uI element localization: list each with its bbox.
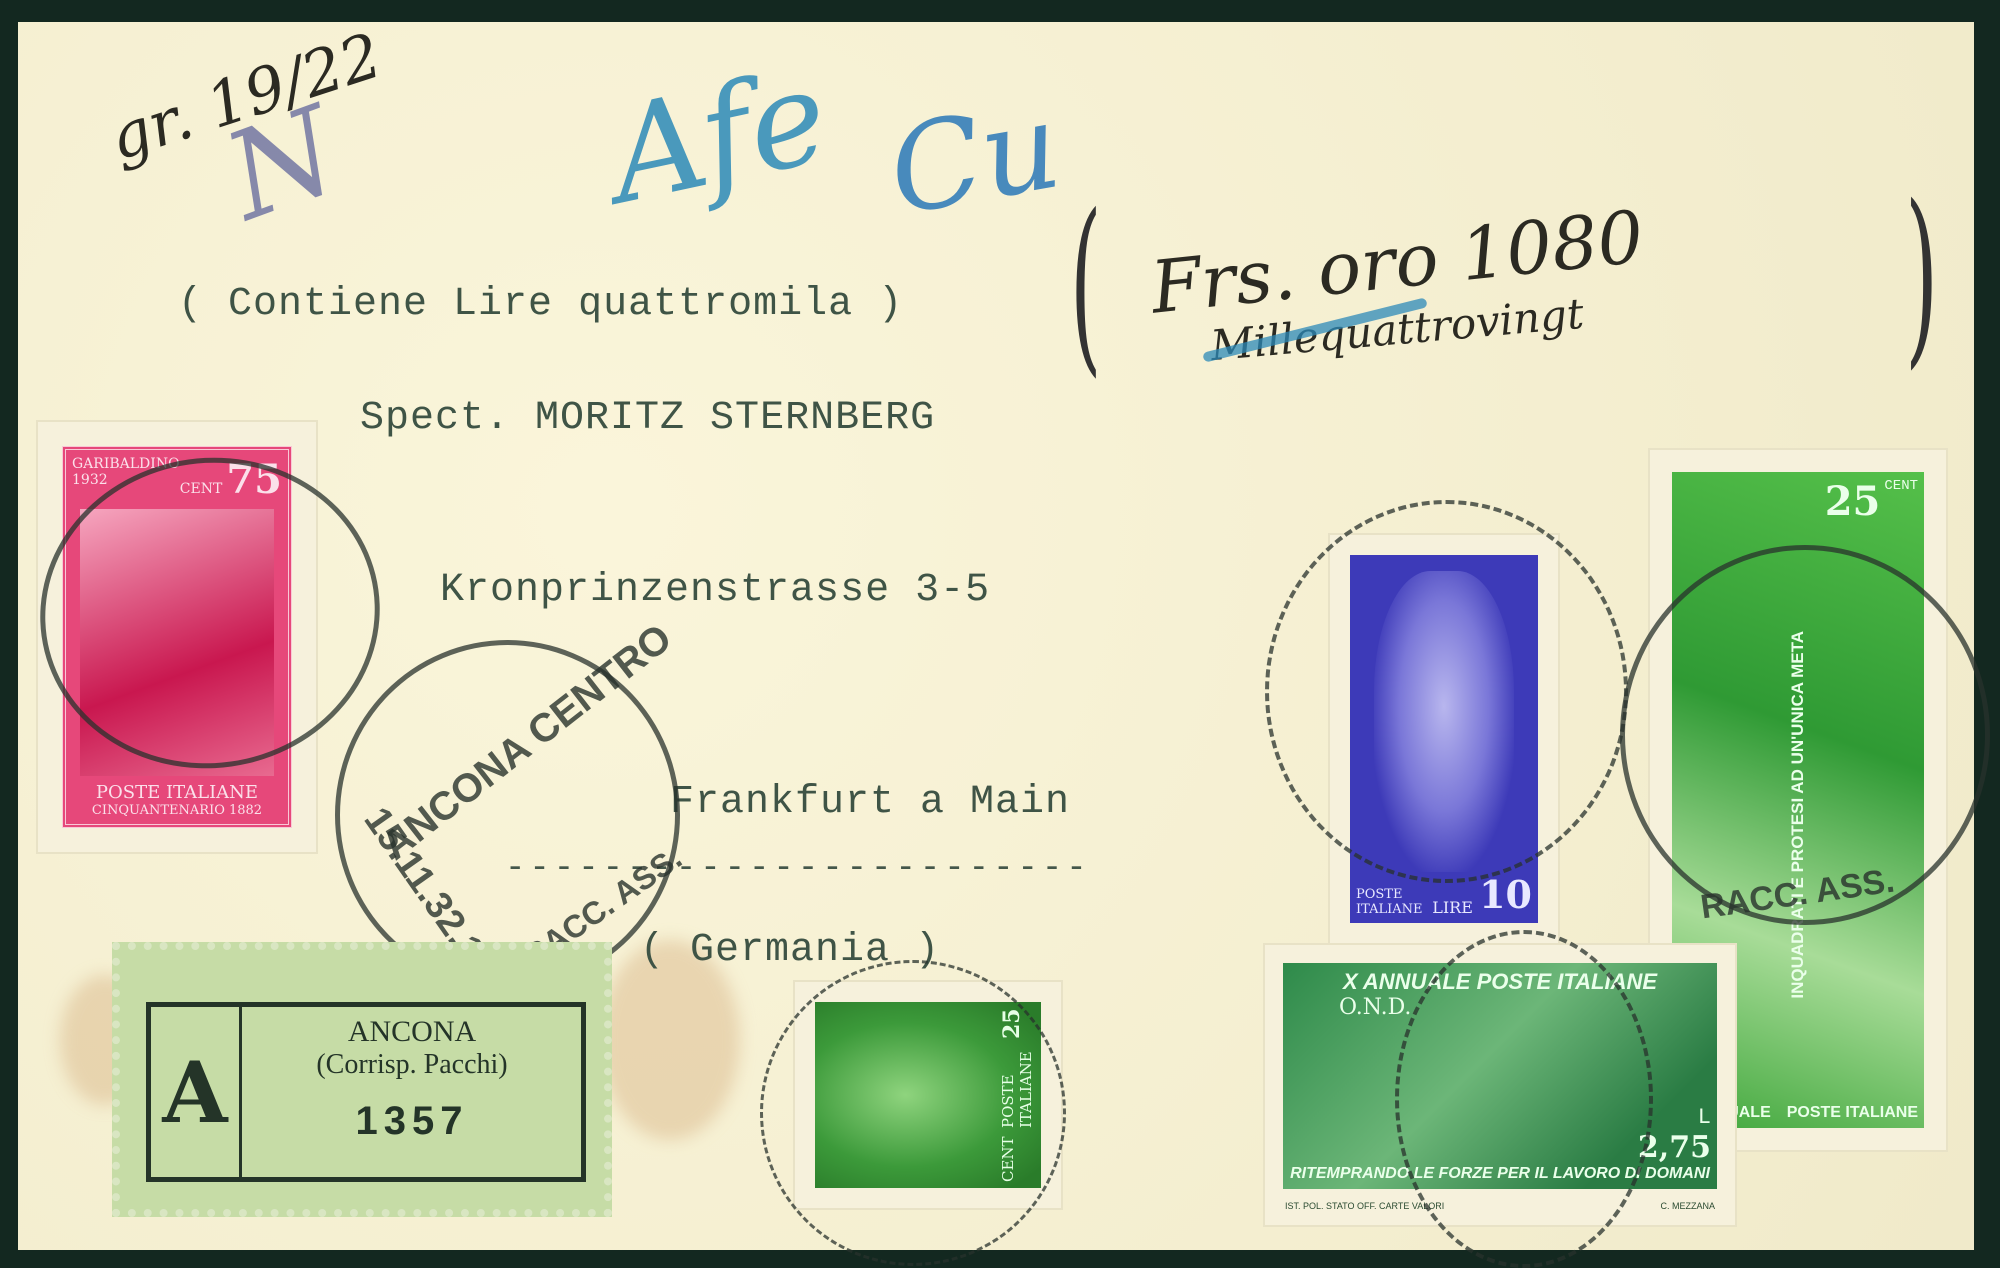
registration-service: (Corrisp. Pacchi) <box>243 1049 581 1081</box>
blue-crayon-mark: Cu <box>879 76 1070 242</box>
stamp-value: 25 <box>1825 478 1881 525</box>
paren-left: ( <box>1070 175 1102 394</box>
postmark-ring <box>1620 545 1990 925</box>
registration-office: ANCONA <box>243 1015 581 1049</box>
registration-label-frame: A ANCONA (Corrisp. Pacchi) 1357 <box>146 1002 586 1182</box>
stamp-imprint: IST. POL. STATO OFF. CARTE VALORI <box>1285 1201 1444 1211</box>
stamp-bottom-text: CINQUANTENARIO 1882 <box>92 803 262 818</box>
stamp-country: POSTE ITALIANE <box>96 782 258 803</box>
registration-letter: A <box>151 1007 242 1177</box>
stamp-sub-text: O.N.D. <box>1339 995 1411 1020</box>
stamp-unit: LIRE <box>1432 898 1473 917</box>
stamp-imprint: C. MEZZANA <box>1660 1201 1715 1211</box>
addressee: Spect. MORITZ STERNBERG <box>360 396 935 441</box>
paren-right: ) <box>1905 165 1938 386</box>
postmark-ring <box>1265 500 1628 883</box>
stamp-unit: CENT <box>1884 478 1918 525</box>
street: Kronprinzenstrasse 3-5 <box>440 568 990 613</box>
registration-number: 1357 <box>243 1099 581 1144</box>
stamp-country: POSTE ITALIANE <box>1787 1104 1918 1122</box>
postmark-ring <box>1395 930 1653 1268</box>
city: Frankfurt a Main <box>670 780 1070 825</box>
postmark-ring <box>760 960 1066 1266</box>
stamp-value: 10 <box>1479 872 1532 917</box>
contents-declaration: ( Contiene Lire quattromila ) <box>178 282 903 327</box>
stamp-country: POSTE ITALIANE <box>1356 887 1426 917</box>
registration-label: A ANCONA (Corrisp. Pacchi) 1357 <box>112 942 612 1217</box>
